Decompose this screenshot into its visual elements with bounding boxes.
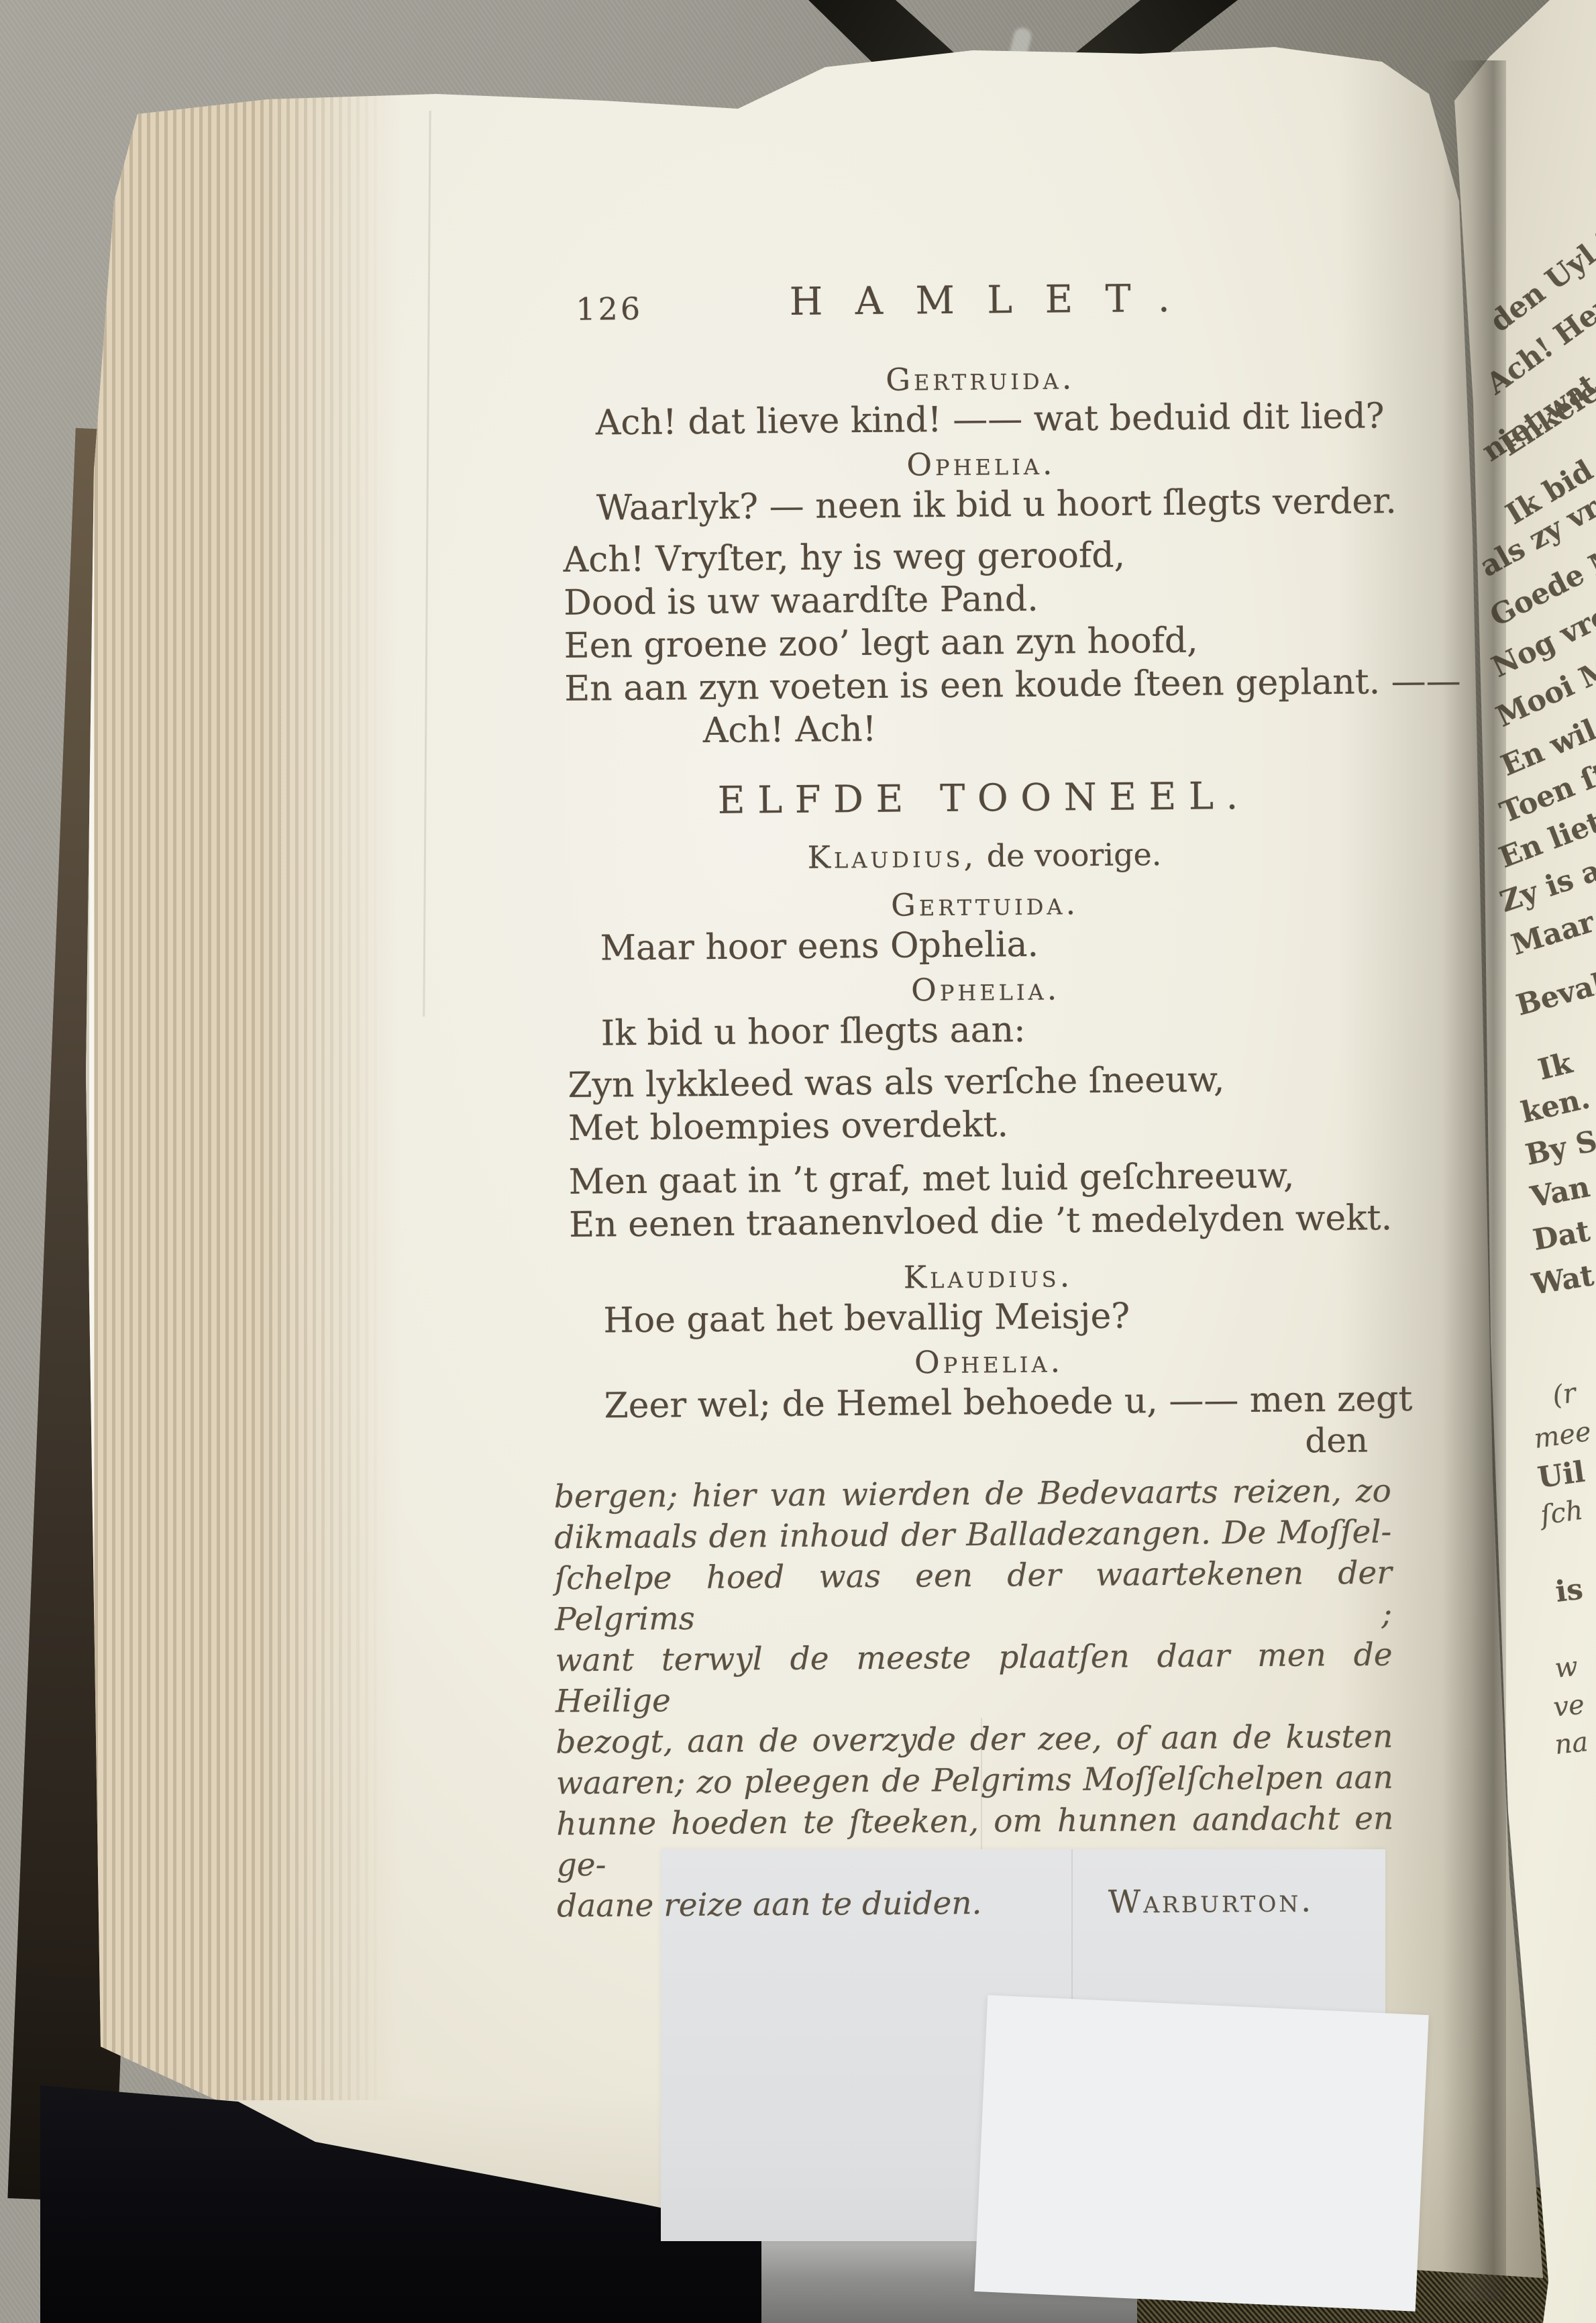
line-row: Ik bid u hoor ſlegts aan: <box>564 1006 1409 1055</box>
facing-page-text-fragment: Ik <box>1535 1046 1576 1087</box>
footnote-block: bergen; hier van wierden de Bedevaarts r… <box>554 1471 1395 1927</box>
facing-page-text-fragment: (r <box>1550 1378 1579 1412</box>
facing-page-text-fragment: ſch <box>1539 1495 1585 1531</box>
speaker-row: Gerttuida. <box>562 880 1407 928</box>
footnote-line: bezogt, aan de overzyde der zee, of aan … <box>555 1716 1393 1763</box>
running-title: HAMLET. <box>557 274 1403 326</box>
line-row: Hoe gaat het bevallig Meisje? <box>566 1293 1411 1342</box>
page-number: 126 <box>576 291 643 327</box>
speaker-row: Gertruida. <box>557 355 1403 403</box>
speaker-row: Ophelia. <box>563 966 1408 1013</box>
footnote-line: dikmaals den inhoud der Balladezangen. D… <box>554 1512 1391 1559</box>
footnote-line: hunne hoeden te ſteeken, om hunnen aanda… <box>556 1798 1394 1886</box>
line-row: Zeer wel; de Hemel behoede u, —— men zeg… <box>566 1378 1412 1427</box>
verse-row: Men gaat in ’t graf, met luid geſchreeuw… <box>564 1153 1410 1204</box>
footnote-attribution: Warburton. <box>1108 1880 1314 1922</box>
facing-page-text-fragment: Dat <box>1530 1215 1592 1257</box>
footnote-last-text: daane reize aan te duiden. <box>557 1883 982 1926</box>
facing-page-text-fragment: ve <box>1552 1689 1586 1723</box>
dialogue-block: Gertruida.Ach! dat lieve kind! —— wat be… <box>557 355 1412 1467</box>
white-patch-rotated <box>974 1995 1428 2311</box>
verse-row: Ach! Ach! <box>561 703 1407 754</box>
footnote-line: waaren; zo pleegen de Pelgrims Moſſelſch… <box>556 1757 1393 1804</box>
facing-page-text-fragment: mee <box>1532 1416 1593 1455</box>
facing-page-text-fragment: By Si <box>1523 1122 1596 1172</box>
verse-row: En eenen traanenvloed die ’t medelyden w… <box>565 1196 1411 1247</box>
persons-row: Klaudius, de voorige. <box>562 832 1407 880</box>
verse-row: Zyn lykkleed was als verſche ſneeuw, <box>564 1057 1409 1107</box>
line-row: Maar hoor eens Ophelia. <box>562 921 1407 970</box>
speaker-row: Ophelia. <box>566 1338 1412 1386</box>
facing-page-text-fragment: w <box>1553 1651 1579 1684</box>
speaker-row: Klaudius. <box>566 1253 1411 1300</box>
footnote-line: want terwyl de meeste plaatſen daar men … <box>555 1635 1393 1722</box>
facing-page-text-fragment: ken. <box>1518 1082 1593 1130</box>
verse-row: En aan zyn voeten is een koude ſteen gep… <box>560 660 1406 711</box>
facing-page-text-fragment: Beval <box>1513 967 1596 1023</box>
footnote-line: ſchelpe hoed was een der waartekenen der… <box>555 1553 1393 1641</box>
line-row: Ach! dat lieve kind! —— wat beduid dit l… <box>558 395 1403 444</box>
verse-row: Dood is uw waardſte Pand. <box>560 574 1405 625</box>
line-row: Waarlyk? — neen ik bid u hoort ſlegts ve… <box>559 480 1404 529</box>
catchword-row: den <box>567 1420 1412 1467</box>
footnote-last-line: daane reize aan te duiden. Warburton. <box>557 1880 1394 1927</box>
footnote-line: bergen; hier van wierden de Bedevaarts r… <box>554 1471 1391 1518</box>
facing-page-text-fragment: Uil <box>1536 1455 1587 1495</box>
verse-row: Een groene zoo’ legt aan zyn hoofd, <box>560 617 1405 668</box>
page-header: 126 HAMLET. <box>557 274 1403 338</box>
scene-heading-row: ELFDE TOONEEL. <box>562 774 1407 823</box>
speaker-row: Ophelia. <box>558 440 1403 488</box>
verse-row: Met bloempies overdekt. <box>564 1100 1410 1150</box>
book-gutter-shadow <box>1442 60 1506 2302</box>
footnote-lines: bergen; hier van wierden de Bedevaarts r… <box>554 1471 1394 1886</box>
facing-page-text-fragment: na <box>1553 1726 1589 1761</box>
facing-page-text-fragment: Wat <box>1530 1259 1596 1302</box>
verse-row: Ach! Vryſter, hy is weg geroofd, <box>559 531 1405 582</box>
facing-page-text-fragment: is <box>1554 1572 1585 1609</box>
page-text-column: 126 HAMLET. Gertruida.Ach! dat lieve kin… <box>557 274 1412 1467</box>
facing-page-text-fragment: Van <box>1528 1170 1592 1215</box>
